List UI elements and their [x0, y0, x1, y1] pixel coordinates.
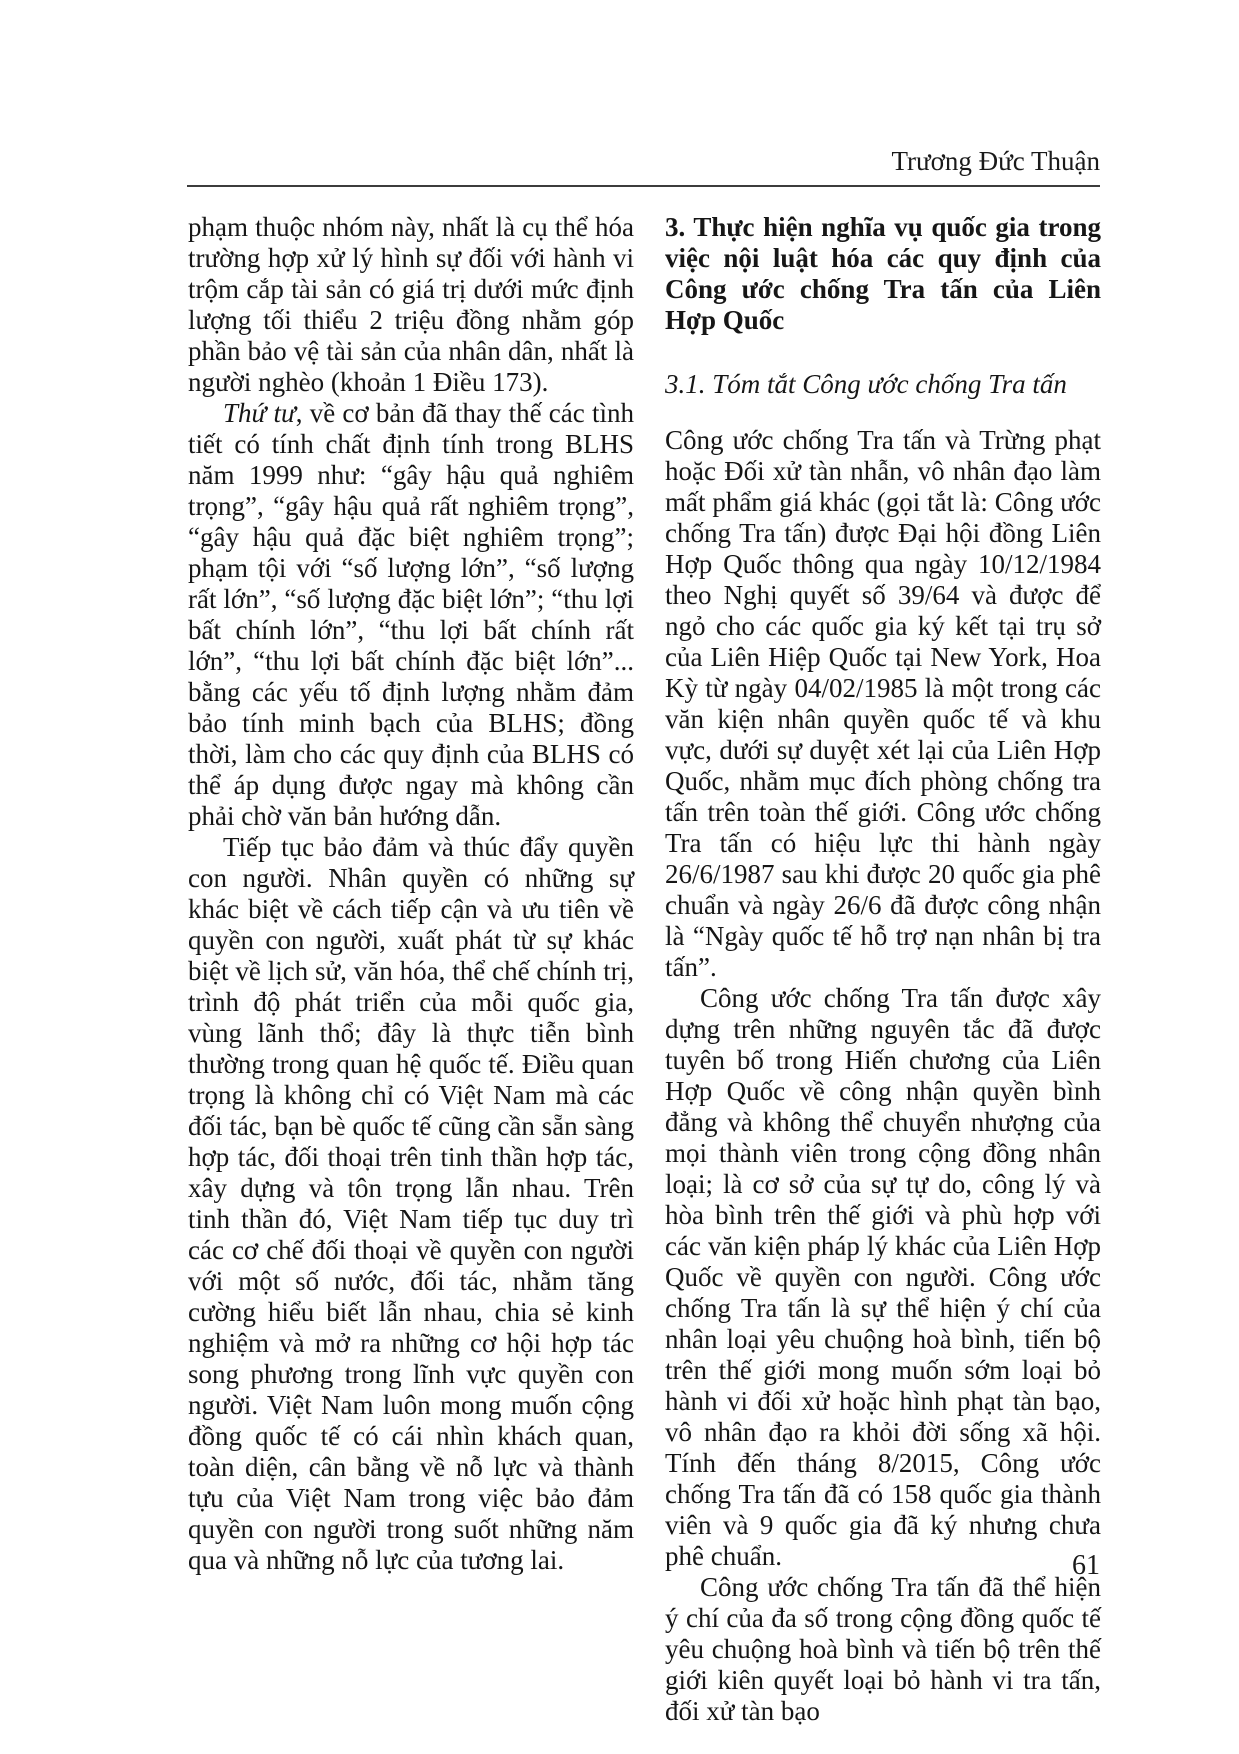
page-number: 61: [1072, 1550, 1100, 1581]
paragraph: Tiếp tục bảo đảm và thúc đẩy quyền con n…: [188, 832, 634, 1576]
paragraph: Thứ tư, về cơ bản đã thay thế các tình t…: [188, 398, 634, 832]
section-heading: 3. Thực hiện nghĩa vụ quốc gia trong việ…: [665, 212, 1101, 336]
page-header: Trương Đức Thuận: [188, 146, 1100, 177]
paragraph: Công ước chống Tra tấn đã thể hiện ý chí…: [665, 1572, 1101, 1727]
running-head-author: Trương Đức Thuận: [891, 146, 1100, 176]
paragraph-lead-italic: Thứ tư: [223, 398, 296, 428]
left-column: phạm thuộc nhóm này, nhất là cụ thể hóa …: [188, 212, 634, 1727]
right-column: 3. Thực hiện nghĩa vụ quốc gia trong việ…: [665, 212, 1101, 1727]
header-rule: [187, 185, 1100, 187]
page-footer: 61: [188, 1550, 1100, 1581]
paragraph: Công ước chống Tra tấn và Trừng phạt hoặ…: [665, 425, 1101, 983]
document-page: Trương Đức Thuận phạm thuộc nhóm này, nh…: [0, 0, 1239, 1754]
paragraph-continuation: phạm thuộc nhóm này, nhất là cụ thể hóa …: [188, 212, 634, 398]
paragraph: Công ước chống Tra tấn được xây dựng trê…: [665, 983, 1101, 1572]
subsection-heading: 3.1. Tóm tắt Công ước chống Tra tấn: [665, 369, 1101, 400]
two-column-layout: phạm thuộc nhóm này, nhất là cụ thể hóa …: [188, 212, 1101, 1727]
paragraph-text: , về cơ bản đã thay thế các tình tiết có…: [188, 398, 634, 831]
